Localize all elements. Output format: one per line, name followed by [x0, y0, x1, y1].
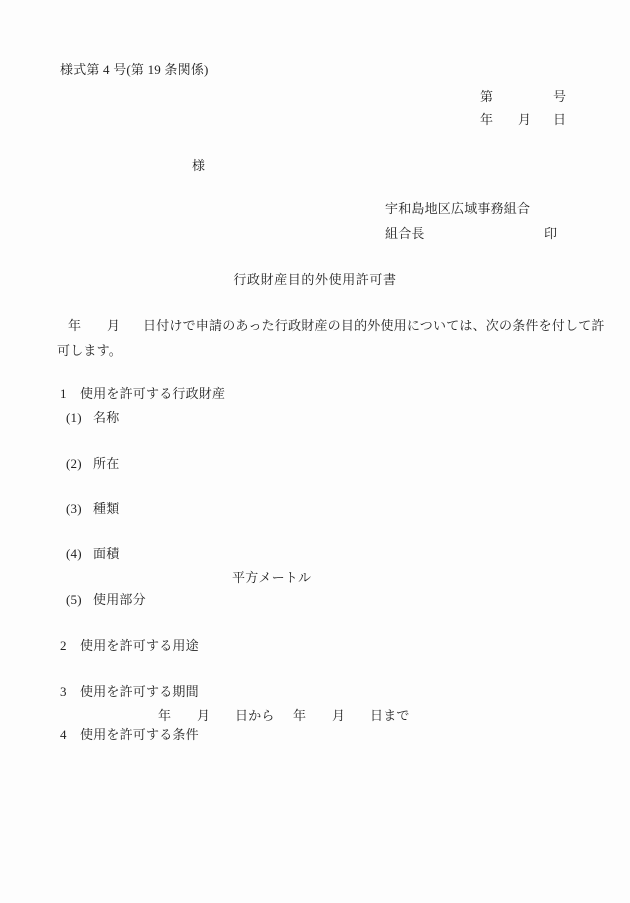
- section-2-number: 2: [60, 638, 67, 654]
- section-1-number: 1: [60, 386, 67, 402]
- field-1-label: 名称: [93, 410, 119, 426]
- permit-document-page: 様式第 4 号(第 19 条関係) 第 号 年 月 日 様 宇和島地区広域事務組…: [0, 0, 630, 903]
- issue-date-month: 月: [518, 112, 531, 128]
- period-to-year: 年: [293, 708, 306, 724]
- form-number: 様式第 4 号(第 19 条関係): [60, 62, 209, 78]
- intro-line2: 可します。: [57, 343, 122, 359]
- field-2-number: (2): [66, 456, 82, 472]
- period-from-month: 月: [197, 708, 210, 724]
- intro-year: 年: [68, 318, 81, 334]
- section-4-label: 使用を許可する条件: [80, 727, 199, 743]
- issuer-title: 組合長: [385, 226, 425, 242]
- field-3-number: (3): [66, 501, 82, 517]
- section-2-label: 使用を許可する用途: [80, 638, 199, 654]
- field-4-label: 面積: [93, 546, 119, 562]
- field-3-label: 種類: [93, 501, 119, 517]
- issuer-organization: 宇和島地区広域事務組合: [385, 201, 530, 217]
- field-1-number: (1): [66, 410, 82, 426]
- issue-date-day: 日: [553, 112, 566, 128]
- section-4-number: 4: [60, 727, 67, 743]
- period-from-day: 日から: [235, 708, 275, 724]
- field-2-label: 所在: [93, 456, 119, 472]
- field-5-number: (5): [66, 592, 82, 608]
- issue-date-year: 年: [480, 112, 493, 128]
- area-unit-label: 平方メートル: [232, 570, 311, 586]
- field-5-label: 使用部分: [93, 592, 146, 608]
- doc-number-prefix: 第: [480, 89, 493, 105]
- document-title: 行政財産目的外使用許可書: [0, 272, 630, 288]
- period-to-day: 日まで: [370, 708, 410, 724]
- addressee-honorific: 様: [192, 158, 205, 174]
- period-to-month: 月: [332, 708, 345, 724]
- section-1-label: 使用を許可する行政財産: [80, 386, 225, 402]
- section-3-number: 3: [60, 684, 67, 700]
- field-4-number: (4): [66, 546, 82, 562]
- doc-number-suffix: 号: [553, 89, 566, 105]
- issuer-seal-mark: 印: [544, 226, 557, 242]
- period-from-year: 年: [158, 708, 171, 724]
- section-3-label: 使用を許可する期間: [80, 684, 199, 700]
- intro-line1: 日付けで申請のあった行政財産の目的外使用については、次の条件を付して許: [143, 318, 605, 334]
- intro-month: 月: [107, 318, 120, 334]
